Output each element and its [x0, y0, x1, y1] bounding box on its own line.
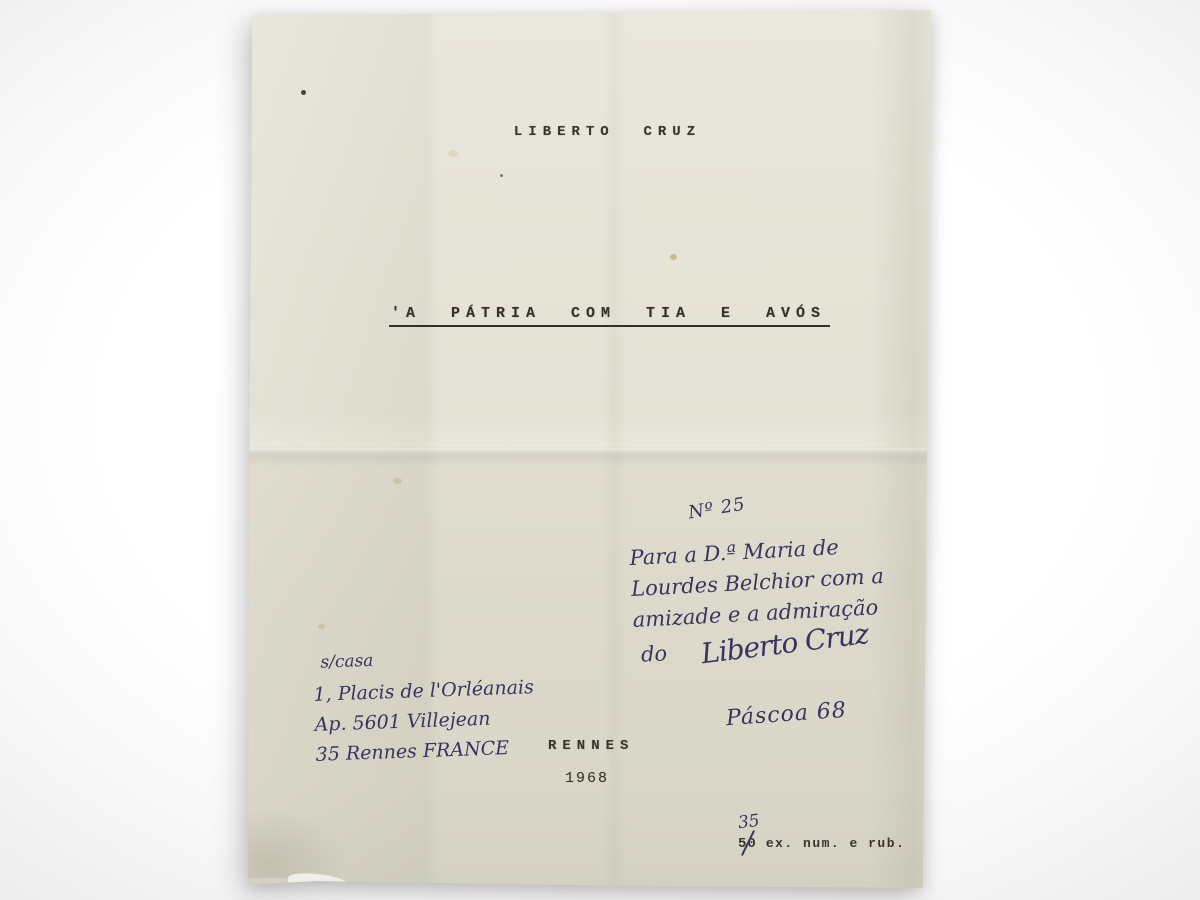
- limitation-crossed-number: 50: [738, 836, 757, 852]
- inscription-date: Páscoa 68: [725, 698, 847, 731]
- limitation-corrected-number: 35: [737, 811, 761, 833]
- fold-crease: [248, 448, 931, 458]
- paper-speck: [301, 90, 306, 95]
- title-row: 'A PÁTRIA COM TIA E AVÓS: [248, 304, 931, 327]
- address-block: s/casa 1, Placis de l'Orléanais Ap. 5601…: [312, 640, 536, 770]
- copy-number: Nº 25: [687, 494, 747, 524]
- paper-sheet: LIBERTO CRUZ 'A PÁTRIA COM TIA E AVÓS Nº…: [248, 10, 931, 888]
- author-name: LIBERTO CRUZ: [248, 124, 931, 140]
- paper-smudge: [248, 808, 348, 878]
- imprint-place: RENNES: [548, 738, 634, 754]
- paper-speck: [500, 174, 503, 177]
- address-line: 35 Rennes FRANCE: [315, 732, 536, 770]
- imprint-year: 1968: [565, 770, 609, 787]
- dedication-line: do: [640, 641, 667, 666]
- paper-stain: [393, 478, 402, 484]
- book-title: 'A PÁTRIA COM TIA E AVÓS: [389, 305, 830, 327]
- paper-stain: [670, 254, 677, 260]
- limitation-statement: 35 50 ex. num. e rub.: [738, 836, 905, 852]
- paper-stain: [318, 624, 325, 629]
- limitation-text: ex. num. e rub.: [766, 836, 906, 851]
- photo-background: LIBERTO CRUZ 'A PÁTRIA COM TIA E AVÓS Nº…: [0, 0, 1200, 900]
- document-page: LIBERTO CRUZ 'A PÁTRIA COM TIA E AVÓS Nº…: [248, 10, 931, 888]
- signature-row: do Liberto Cruz: [640, 641, 667, 666]
- paper-stain: [448, 150, 458, 157]
- address-line: s/casa: [320, 640, 533, 677]
